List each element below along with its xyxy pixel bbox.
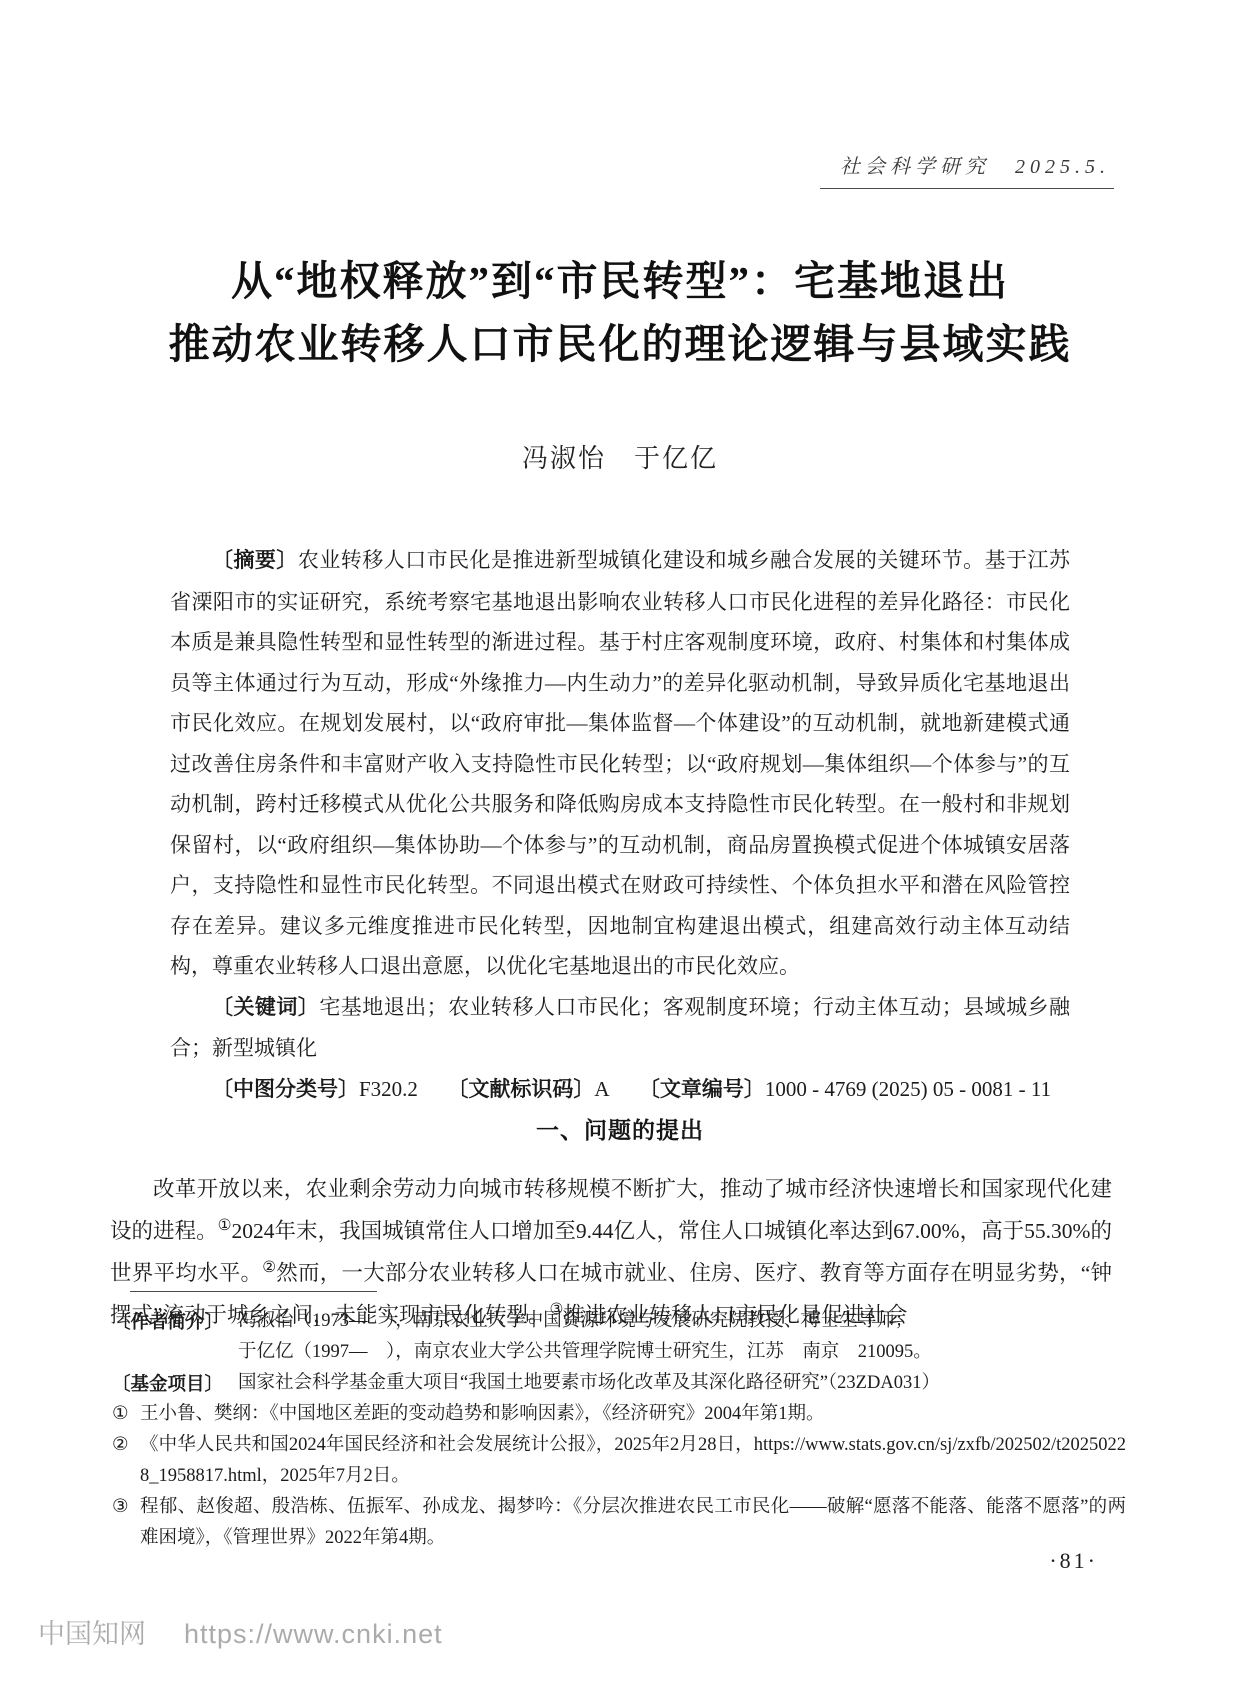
footnote-marker: ③ [112,1492,140,1523]
section-heading: 一、问题的提出 [0,1112,1240,1145]
footnote-line: 程郁、赵俊超、殷浩栋、伍振军、孙成龙、揭梦吟：《分层次推进农民工市民化——破解“… [140,1492,1126,1554]
footnote-text: 冯淑怡（1973— ），南京农业大学中国资源环境与发展研究院教授、博士生导师；于… [238,1306,1126,1368]
journal-header: 社会科学研究 2025.5. [820,150,1114,189]
classification-segment: 〔文章编号〕1000 - 4769 (2025) 05 - 0081 - 11 [639,1077,1051,1101]
abstract-label: 〔摘要〕 [212,549,298,572]
classification-value: 1000 - 4769 (2025) 05 - 0081 - 11 [765,1077,1051,1101]
classification-label: 〔中图分类号〕 [212,1078,359,1101]
footnote-line: 《中华人民共和国2024年国民经济和社会发展统计公报》，2025年2月28日，h… [140,1430,1126,1492]
footnote-divider [130,1291,377,1292]
footnote-label: 〔基金项目〕 [112,1368,238,1399]
classification-segment: 〔文献标识码〕A [447,1077,609,1101]
footnote-row: ①王小鲁、樊纲：《中国地区差距的变动趋势和影响因素》，《经济研究》2004年第1… [112,1399,1126,1430]
paper-title-line2: 推动农业转移人口市民化的理论逻辑与县域实践 [0,313,1240,376]
paper-title: 从“地权释放”到“市民转型”：宅基地退出 推动农业转移人口市民化的理论逻辑与县域… [0,250,1240,376]
footnote-line: 国家社会科学基金重大项目“我国土地要素市场化改革及其深化路径研究”（23ZDA0… [238,1368,1126,1399]
footnote-row: 〔基金项目〕国家社会科学基金重大项目“我国土地要素市场化改革及其深化路径研究”（… [112,1368,1126,1399]
abstract-paragraph: 〔摘要〕农业转移人口市民化是推进新型城镇化建设和城乡融合发展的关键环节。基于江苏… [170,540,1070,987]
classification-line: 〔中图分类号〕F320.2〔文献标识码〕A〔文章编号〕1000 - 4769 (… [170,1069,1070,1111]
classification-label: 〔文章编号〕 [639,1078,765,1101]
footnote-text: 程郁、赵俊超、殷浩栋、伍振军、孙成龙、揭梦吟：《分层次推进农民工市民化——破解“… [140,1492,1126,1554]
footnote-row: 〔作者简介〕冯淑怡（1973— ），南京农业大学中国资源环境与发展研究院教授、博… [112,1306,1126,1368]
footnote-line: 王小鲁、樊纲：《中国地区差距的变动趋势和影响因素》，《经济研究》2004年第1期… [140,1399,1126,1430]
footnote-text: 《中华人民共和国2024年国民经济和社会发展统计公报》，2025年2月28日，h… [140,1430,1126,1492]
cnki-watermark: 中国知网https://www.cnki.net [38,1612,443,1651]
cnki-url: https://www.cnki.net [184,1619,443,1649]
footnote-marker: ② [112,1430,140,1461]
cnki-site-name: 中国知网 [38,1619,146,1649]
footnote-text: 王小鲁、樊纲：《中国地区差距的变动趋势和影响因素》，《经济研究》2004年第1期… [140,1399,1126,1430]
footnote-label: 〔作者简介〕 [112,1306,238,1337]
journal-name-issue: 社会科学研究 2025.5. [820,150,1114,189]
footnote-line: 冯淑怡（1973— ），南京农业大学中国资源环境与发展研究院教授、博士生导师； [238,1306,1126,1337]
keywords-paragraph: 〔关键词〕宅基地退出；农业转移人口市民化；客观制度环境；行动主体互动；县域城乡融… [170,987,1070,1069]
footnote-ref: ② [262,1259,276,1276]
classification-value: A [594,1077,609,1101]
footnotes: 〔作者简介〕冯淑怡（1973— ），南京农业大学中国资源环境与发展研究院教授、博… [112,1306,1126,1554]
classification-label: 〔文献标识码〕 [447,1078,594,1101]
footnote-ref: ① [218,1217,232,1234]
classification-segment: 〔中图分类号〕F320.2 [212,1077,418,1101]
abstract-block: 〔摘要〕农业转移人口市民化是推进新型城镇化建设和城乡融合发展的关键环节。基于江苏… [170,540,1070,1110]
page-number: ·81· [1049,1548,1098,1574]
classification-value: F320.2 [359,1077,418,1101]
abstract-text: 农业转移人口市民化是推进新型城镇化建设和城乡融合发展的关键环节。基于江苏省溧阳市… [170,548,1070,978]
footnote-row: ②《中华人民共和国2024年国民经济和社会发展统计公报》，2025年2月28日，… [112,1430,1126,1492]
paper-title-line1: 从“地权释放”到“市民转型”：宅基地退出 [0,250,1240,313]
footnote-line: 于亿亿（1997— ），南京农业大学公共管理学院博士研究生，江苏 南京 2100… [238,1337,1126,1368]
authors: 冯淑怡 于亿亿 [0,438,1240,475]
footnote-row: ③程郁、赵俊超、殷浩栋、伍振军、孙成龙、揭梦吟：《分层次推进农民工市民化——破解… [112,1492,1126,1554]
keywords-label: 〔关键词〕 [212,996,319,1019]
footnote-text: 国家社会科学基金重大项目“我国土地要素市场化改革及其深化路径研究”（23ZDA0… [238,1368,1126,1399]
footnote-marker: ① [112,1399,140,1430]
paper-page: 社会科学研究 2025.5. 从“地权释放”到“市民转型”：宅基地退出 推动农业… [0,0,1240,1683]
